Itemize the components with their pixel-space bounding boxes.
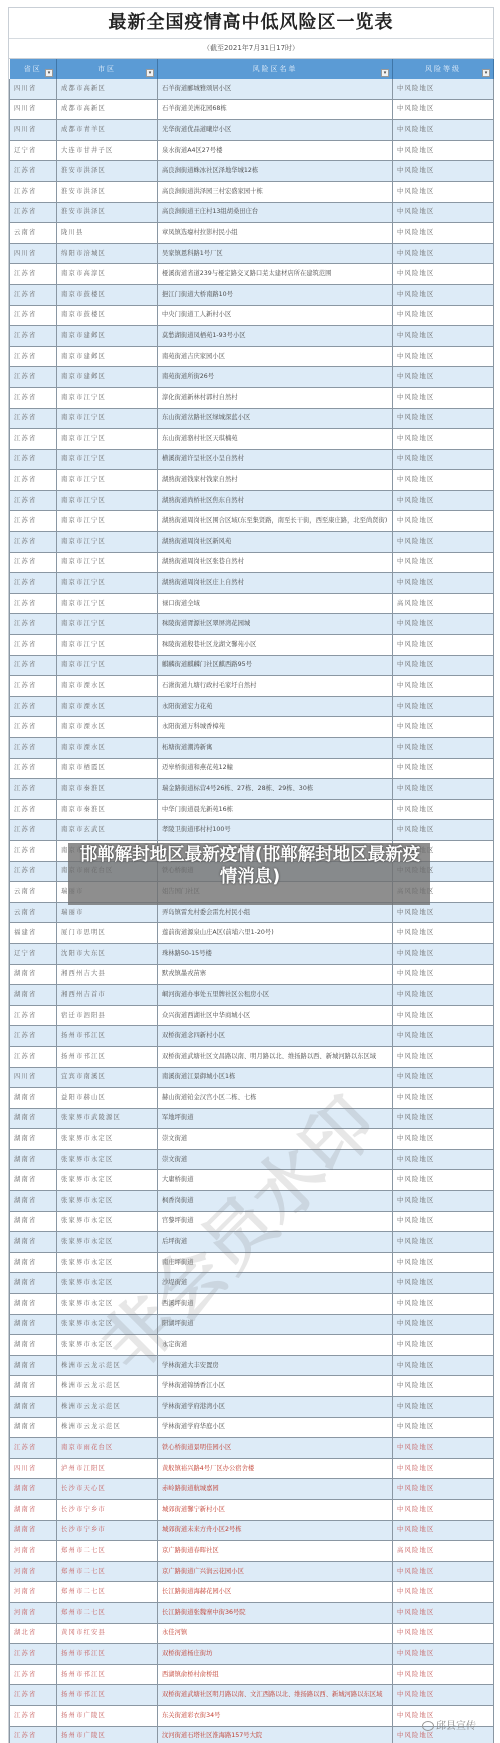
cell-province[interactable]: 江苏省 xyxy=(10,1644,57,1665)
cell-province[interactable]: 江苏省 xyxy=(10,696,57,717)
cell-province[interactable]: 江苏省 xyxy=(10,655,57,676)
cell-province[interactable]: 江苏省 xyxy=(10,429,57,450)
cell-city[interactable]: 成都市高新区 xyxy=(57,79,158,99)
cell-area[interactable]: 军地坪街道 xyxy=(158,1108,393,1129)
cell-area[interactable]: 南苑街道吉庆家园小区 xyxy=(158,346,393,367)
cell-city[interactable]: 南京市江宁区 xyxy=(57,470,158,491)
cell-area[interactable]: 崇文街道 xyxy=(158,1149,393,1170)
cell-area[interactable]: 泉水街道A4区27号楼 xyxy=(158,140,393,161)
filter-dropdown-icon[interactable]: ▾ xyxy=(146,69,154,77)
cell-province[interactable]: 湖南省 xyxy=(10,1211,57,1232)
cell-city[interactable]: 淮安市洪泽区 xyxy=(57,181,158,202)
cell-area[interactable]: 西溪坪街道 xyxy=(158,1294,393,1315)
cell-province[interactable]: 江苏省 xyxy=(10,676,57,697)
cell-area[interactable]: 东山街道岔路社区绿城深蓝小区 xyxy=(158,408,393,429)
cell-area[interactable]: 赫山街道铂金汉宫小区二栋、七栋 xyxy=(158,1088,393,1109)
cell-area[interactable]: 黄舣镇裕兴路4号厂区办公宿舍楼 xyxy=(158,1458,393,1479)
cell-level[interactable]: 中风险地区 xyxy=(393,1149,494,1170)
cell-city[interactable]: 扬州市广陵区 xyxy=(57,1705,158,1726)
cell-area[interactable]: 京广路街道广兴润云花园小区 xyxy=(158,1561,393,1582)
cell-area[interactable]: 城郊街道未来方舟小区2号栋 xyxy=(158,1520,393,1541)
cell-province[interactable]: 江苏省 xyxy=(10,511,57,532)
cell-level[interactable]: 中风险地区 xyxy=(393,1046,494,1067)
cell-area[interactable]: 淳化街道新林村郭村自然村 xyxy=(158,387,393,408)
cell-level[interactable]: 中风险地区 xyxy=(393,1232,494,1253)
cell-area[interactable]: 东关街道彩衣街34号 xyxy=(158,1705,393,1726)
cell-level[interactable]: 中风险地区 xyxy=(393,367,494,388)
cell-province[interactable]: 江苏省 xyxy=(10,779,57,800)
cell-area[interactable]: 秣陵街道殷巷社区龙湖文馨苑小区 xyxy=(158,635,393,656)
cell-province[interactable]: 湖南省 xyxy=(10,1520,57,1541)
cell-area[interactable]: 高良涧街道王庄村13组胡桑田庄台 xyxy=(158,202,393,223)
cell-province[interactable]: 江苏省 xyxy=(10,1705,57,1726)
cell-city[interactable]: 张家界市永定区 xyxy=(57,1191,158,1212)
cell-city[interactable]: 黄冈市红安县 xyxy=(57,1623,158,1644)
cell-level[interactable]: 中风险地区 xyxy=(393,1026,494,1047)
cell-province[interactable]: 湖南省 xyxy=(10,1149,57,1170)
cell-province[interactable]: 江苏省 xyxy=(10,408,57,429)
cell-level[interactable]: 中风险地区 xyxy=(393,1602,494,1623)
cell-city[interactable]: 南京市江宁区 xyxy=(57,532,158,553)
cell-city[interactable]: 厦门市思明区 xyxy=(57,923,158,944)
cell-area[interactable]: 学林街道大丰安置房 xyxy=(158,1355,393,1376)
cell-province[interactable]: 湖南省 xyxy=(10,1088,57,1109)
cell-province[interactable]: 湖南省 xyxy=(10,1232,57,1253)
cell-level[interactable]: 中风险地区 xyxy=(393,1479,494,1500)
cell-province[interactable]: 河南省 xyxy=(10,1561,57,1582)
cell-city[interactable]: 南京市溧水区 xyxy=(57,676,158,697)
cell-province[interactable]: 江苏省 xyxy=(10,284,57,305)
cell-province[interactable]: 四川省 xyxy=(10,99,57,120)
cell-city[interactable]: 南京市溧水区 xyxy=(57,738,158,759)
column-header-level[interactable]: 风险等级▾ xyxy=(393,59,494,79)
cell-province[interactable]: 湖南省 xyxy=(10,1252,57,1273)
cell-province[interactable]: 湖南省 xyxy=(10,1499,57,1520)
cell-level[interactable]: 高风险地区 xyxy=(393,1541,494,1562)
cell-area[interactable]: 京广路街道春晖社区 xyxy=(158,1541,393,1562)
cell-level[interactable]: 中风险地区 xyxy=(393,902,494,923)
cell-province[interactable]: 江苏省 xyxy=(10,1726,57,1743)
cell-level[interactable]: 中风险地区 xyxy=(393,1438,494,1459)
cell-area[interactable]: 南溪街道江景御城小区1栋 xyxy=(158,1067,393,1088)
cell-city[interactable]: 南京市江宁区 xyxy=(57,449,158,470)
cell-level[interactable]: 中风险地区 xyxy=(393,1252,494,1273)
cell-province[interactable]: 云南省 xyxy=(10,882,57,903)
cell-city[interactable]: 南京市建邺区 xyxy=(57,346,158,367)
cell-area[interactable]: 章凤镇选瘪村拉影村民小组 xyxy=(158,223,393,244)
cell-level[interactable]: 中风险地区 xyxy=(393,429,494,450)
cell-level[interactable]: 中风险地区 xyxy=(393,1376,494,1397)
cell-province[interactable]: 湖南省 xyxy=(10,1397,57,1418)
cell-city[interactable]: 南京市秦淮区 xyxy=(57,799,158,820)
cell-city[interactable]: 张家界市武陵源区 xyxy=(57,1108,158,1129)
cell-province[interactable]: 江苏省 xyxy=(10,1685,57,1706)
cell-area[interactable]: 永佳河镇 xyxy=(158,1623,393,1644)
cell-province[interactable]: 江苏省 xyxy=(10,1046,57,1067)
cell-area[interactable]: 西湖镇俞桥村俞桥组 xyxy=(158,1664,393,1685)
cell-province[interactable]: 江苏省 xyxy=(10,840,57,861)
cell-level[interactable]: 中风险地区 xyxy=(393,305,494,326)
cell-level[interactable]: 中风险地区 xyxy=(393,532,494,553)
cell-area[interactable]: 南苑街道所街26号 xyxy=(158,367,393,388)
cell-province[interactable]: 湖北省 xyxy=(10,1623,57,1644)
cell-level[interactable]: 中风险地区 xyxy=(393,1644,494,1665)
cell-province[interactable]: 河南省 xyxy=(10,1582,57,1603)
cell-level[interactable]: 中风险地区 xyxy=(393,1417,494,1438)
cell-city[interactable]: 南京市鼓楼区 xyxy=(57,305,158,326)
cell-city[interactable]: 南京市江宁区 xyxy=(57,429,158,450)
cell-area[interactable]: 大庸桥街道 xyxy=(158,1170,393,1191)
cell-level[interactable]: 中风险地区 xyxy=(393,717,494,738)
cell-city[interactable]: 湘西州吉首市 xyxy=(57,985,158,1006)
cell-city[interactable]: 宿迁市泗阳县 xyxy=(57,1005,158,1026)
cell-province[interactable]: 江苏省 xyxy=(10,738,57,759)
cell-city[interactable]: 南京市江宁区 xyxy=(57,511,158,532)
cell-city[interactable]: 瑞丽市 xyxy=(57,902,158,923)
cell-area[interactable]: 中华门街道晨光新苑16栋 xyxy=(158,799,393,820)
cell-province[interactable]: 江苏省 xyxy=(10,532,57,553)
cell-level[interactable]: 中风险地区 xyxy=(393,1108,494,1129)
cell-city[interactable]: 株洲市云龙示范区 xyxy=(57,1376,158,1397)
cell-level[interactable]: 中风险地区 xyxy=(393,243,494,264)
cell-city[interactable]: 南京市秦淮区 xyxy=(57,779,158,800)
cell-city[interactable]: 宜宾市南溪区 xyxy=(57,1067,158,1088)
cell-city[interactable]: 成都市青羊区 xyxy=(57,120,158,141)
cell-city[interactable]: 长沙市宁乡市 xyxy=(57,1499,158,1520)
cell-city[interactable]: 张家界市永定区 xyxy=(57,1211,158,1232)
cell-city[interactable]: 南京市高淳区 xyxy=(57,264,158,285)
cell-level[interactable]: 中风险地区 xyxy=(393,284,494,305)
column-header-area[interactable]: 风险区名单▾ xyxy=(158,59,393,79)
cell-city[interactable]: 长沙市宁乡市 xyxy=(57,1520,158,1541)
cell-province[interactable]: 河南省 xyxy=(10,1541,57,1562)
cell-level[interactable]: 中风险地区 xyxy=(393,1499,494,1520)
cell-province[interactable]: 江苏省 xyxy=(10,820,57,841)
cell-level[interactable]: 中风险地区 xyxy=(393,264,494,285)
cell-province[interactable]: 江苏省 xyxy=(10,202,57,223)
cell-area[interactable]: 官黎坪街道 xyxy=(158,1211,393,1232)
cell-city[interactable]: 郑州市二七区 xyxy=(57,1602,158,1623)
cell-province[interactable]: 江苏省 xyxy=(10,1664,57,1685)
cell-level[interactable]: 中风险地区 xyxy=(393,490,494,511)
cell-city[interactable]: 南京市江宁区 xyxy=(57,573,158,594)
cell-province[interactable]: 江苏省 xyxy=(10,1005,57,1026)
cell-area[interactable]: 中央门街道工人新村小区 xyxy=(158,305,393,326)
cell-province[interactable]: 四川省 xyxy=(10,1458,57,1479)
cell-area[interactable]: 麒麟街道麒麟门社区麒西路95号 xyxy=(158,655,393,676)
cell-province[interactable]: 江苏省 xyxy=(10,264,57,285)
cell-level[interactable]: 中风险地区 xyxy=(393,79,494,99)
cell-province[interactable]: 江苏省 xyxy=(10,470,57,491)
cell-province[interactable]: 江苏省 xyxy=(10,387,57,408)
cell-level[interactable]: 中风险地区 xyxy=(393,99,494,120)
cell-city[interactable]: 沈阳市大东区 xyxy=(57,943,158,964)
cell-province[interactable]: 河南省 xyxy=(10,1602,57,1623)
cell-province[interactable]: 湖南省 xyxy=(10,1479,57,1500)
cell-area[interactable]: 莲前街道源泉山庄A区(前埔六里1-20号) xyxy=(158,923,393,944)
cell-level[interactable]: 中风险地区 xyxy=(393,696,494,717)
cell-province[interactable]: 江苏省 xyxy=(10,161,57,182)
cell-city[interactable]: 益阳市赫山区 xyxy=(57,1088,158,1109)
cell-area[interactable]: 沙堤街道 xyxy=(158,1273,393,1294)
cell-area[interactable]: 永定街道 xyxy=(158,1335,393,1356)
cell-level[interactable]: 中风险地区 xyxy=(393,573,494,594)
cell-province[interactable]: 江苏省 xyxy=(10,799,57,820)
cell-level[interactable]: 中风险地区 xyxy=(393,655,494,676)
cell-city[interactable]: 南京市玄武区 xyxy=(57,820,158,841)
cell-level[interactable]: 中风险地区 xyxy=(393,1582,494,1603)
cell-province[interactable]: 湖南省 xyxy=(10,1376,57,1397)
cell-area[interactable]: 横溪街道许呈社区小呈自然村 xyxy=(158,449,393,470)
cell-city[interactable]: 张家界市永定区 xyxy=(57,1129,158,1150)
cell-area[interactable]: 柘塘街道潮涛新寓 xyxy=(158,738,393,759)
cell-level[interactable]: 中风险地区 xyxy=(393,1561,494,1582)
cell-province[interactable]: 湖南省 xyxy=(10,1335,57,1356)
cell-area[interactable]: 崇文街道 xyxy=(158,1129,393,1150)
cell-area[interactable]: 高良涧街道洪泽园三村宏盛家园十栋 xyxy=(158,181,393,202)
cell-area[interactable]: 光华街道优品道曦岸小区 xyxy=(158,120,393,141)
cell-area[interactable]: 石羊街道郦城雅颂居小区 xyxy=(158,79,393,99)
cell-province[interactable]: 江苏省 xyxy=(10,305,57,326)
cell-level[interactable]: 高风险地区 xyxy=(393,593,494,614)
filter-dropdown-icon[interactable]: ▾ xyxy=(482,69,490,77)
cell-area[interactable]: 永阳街道宏力花苑 xyxy=(158,696,393,717)
cell-province[interactable]: 江苏省 xyxy=(10,326,57,347)
cell-province[interactable]: 湖南省 xyxy=(10,1294,57,1315)
cell-area[interactable]: 弄岛镇雷允村委会雷允村民小组 xyxy=(158,902,393,923)
cell-level[interactable]: 中风险地区 xyxy=(393,387,494,408)
cell-city[interactable]: 郑州市二七区 xyxy=(57,1582,158,1603)
cell-city[interactable]: 张家界市永定区 xyxy=(57,1232,158,1253)
cell-level[interactable]: 中风险地区 xyxy=(393,161,494,182)
cell-area[interactable]: 城郊街道馨宁新村小区 xyxy=(158,1499,393,1520)
cell-city[interactable]: 湘西州吉大县 xyxy=(57,964,158,985)
cell-province[interactable]: 四川省 xyxy=(10,1067,57,1088)
cell-province[interactable]: 四川省 xyxy=(10,120,57,141)
cell-city[interactable]: 长沙市天心区 xyxy=(57,1479,158,1500)
cell-area[interactable]: 禄口街道全域 xyxy=(158,593,393,614)
cell-city[interactable]: 成都市高新区 xyxy=(57,99,158,120)
cell-province[interactable]: 江苏省 xyxy=(10,758,57,779)
cell-area[interactable]: 石羊街道美洲花园68栋 xyxy=(158,99,393,120)
cell-level[interactable]: 中风险地区 xyxy=(393,1191,494,1212)
cell-area[interactable]: 学林街道锦绣香江小区 xyxy=(158,1376,393,1397)
cell-level[interactable]: 中风险地区 xyxy=(393,346,494,367)
cell-city[interactable]: 淮安市洪泽区 xyxy=(57,202,158,223)
cell-level[interactable]: 中风险地区 xyxy=(393,1211,494,1232)
cell-level[interactable]: 中风险地区 xyxy=(393,943,494,964)
cell-level[interactable]: 中风险地区 xyxy=(393,1170,494,1191)
cell-area[interactable]: 桠溪街道省道239与桠定路交叉路口芜太建材店所在建筑范围 xyxy=(158,264,393,285)
cell-city[interactable]: 张家界市永定区 xyxy=(57,1170,158,1191)
cell-area[interactable]: 汶河街道石塔社区淮海路157号大院 xyxy=(158,1726,393,1743)
cell-area[interactable]: 高良涧街道蛛冰社区泽地华城12栋 xyxy=(158,161,393,182)
cell-city[interactable]: 张家界市永定区 xyxy=(57,1294,158,1315)
cell-area[interactable]: 吴家镇恩科路1号厂区 xyxy=(158,243,393,264)
cell-area[interactable]: 峒河街道办事处五里牌社区公租房小区 xyxy=(158,985,393,1006)
cell-area[interactable]: 莫愁湖街道凤栖苑1-93号小区 xyxy=(158,326,393,347)
cell-city[interactable]: 泸州市江阳区 xyxy=(57,1458,158,1479)
cell-area[interactable]: 秣陵街道胥源社区翠屏湾花园城 xyxy=(158,614,393,635)
cell-province[interactable]: 湖南省 xyxy=(10,985,57,1006)
cell-city[interactable]: 郑州市二七区 xyxy=(57,1561,158,1582)
cell-province[interactable]: 江苏省 xyxy=(10,346,57,367)
cell-province[interactable]: 江苏省 xyxy=(10,1438,57,1459)
cell-level[interactable]: 中风险地区 xyxy=(393,511,494,532)
cell-level[interactable]: 中风险地区 xyxy=(393,1088,494,1109)
cell-area[interactable]: 湖熟街道钱家村钱家自然村 xyxy=(158,470,393,491)
cell-province[interactable]: 江苏省 xyxy=(10,614,57,635)
cell-area[interactable]: 铁心桥街道景明佳园小区 xyxy=(158,1438,393,1459)
cell-level[interactable]: 中风险地区 xyxy=(393,1294,494,1315)
cell-city[interactable]: 南京市鼓楼区 xyxy=(57,284,158,305)
cell-level[interactable]: 中风险地区 xyxy=(393,552,494,573)
cell-province[interactable]: 湖南省 xyxy=(10,1129,57,1150)
cell-city[interactable]: 扬州市邗江区 xyxy=(57,1644,158,1665)
cell-area[interactable]: 南庄坪街道 xyxy=(158,1252,393,1273)
cell-level[interactable]: 中风险地区 xyxy=(393,614,494,635)
cell-level[interactable]: 中风险地区 xyxy=(393,140,494,161)
cell-area[interactable]: 双桥街道念四新村小区 xyxy=(158,1026,393,1047)
cell-province[interactable]: 四川省 xyxy=(10,243,57,264)
cell-area[interactable]: 孝陵卫街道邢村村100号 xyxy=(158,820,393,841)
cell-area[interactable]: 长江路街道张魏寨中街36号院 xyxy=(158,1602,393,1623)
cell-city[interactable]: 株洲市云龙示范区 xyxy=(57,1397,158,1418)
cell-province[interactable]: 江苏省 xyxy=(10,861,57,882)
cell-level[interactable]: 中风险地区 xyxy=(393,820,494,841)
cell-city[interactable]: 南京市江宁区 xyxy=(57,408,158,429)
column-header-city[interactable]: 市区▾ xyxy=(57,59,158,79)
cell-city[interactable]: 南京市江宁区 xyxy=(57,635,158,656)
cell-city[interactable]: 大连市甘井子区 xyxy=(57,140,158,161)
cell-area[interactable]: 迈皋桥街道和燕花苑12幢 xyxy=(158,758,393,779)
cell-province[interactable]: 福建省 xyxy=(10,923,57,944)
cell-city[interactable]: 陇川县 xyxy=(57,223,158,244)
cell-area[interactable]: 长江路街道海赫花园小区 xyxy=(158,1582,393,1603)
cell-level[interactable]: 中风险地区 xyxy=(393,449,494,470)
cell-province[interactable]: 湖南省 xyxy=(10,964,57,985)
cell-city[interactable]: 南京市建邺区 xyxy=(57,326,158,347)
cell-city[interactable]: 张家界市永定区 xyxy=(57,1335,158,1356)
cell-area[interactable]: 默戎镇墨戎苗寨 xyxy=(158,964,393,985)
cell-province[interactable]: 辽宁省 xyxy=(10,140,57,161)
cell-city[interactable]: 南京市江宁区 xyxy=(57,552,158,573)
cell-level[interactable]: 中风险地区 xyxy=(393,181,494,202)
cell-area[interactable]: 挹江门街道大桥南路10号 xyxy=(158,284,393,305)
cell-level[interactable]: 中风险地区 xyxy=(393,1005,494,1026)
cell-area[interactable]: 永阳街道万科城香樟苑 xyxy=(158,717,393,738)
cell-area[interactable]: 学林街道学府华庭小区 xyxy=(158,1417,393,1438)
cell-province[interactable]: 江苏省 xyxy=(10,573,57,594)
cell-city[interactable]: 南京市建邺区 xyxy=(57,367,158,388)
cell-province[interactable]: 江苏省 xyxy=(10,1026,57,1047)
cell-area[interactable]: 众兴街道西湖社区中华商城小区 xyxy=(158,1005,393,1026)
cell-level[interactable]: 中风险地区 xyxy=(393,1129,494,1150)
cell-province[interactable]: 云南省 xyxy=(10,902,57,923)
cell-area[interactable]: 珠林路50-15号楼 xyxy=(158,943,393,964)
cell-city[interactable]: 南京市江宁区 xyxy=(57,593,158,614)
cell-city[interactable]: 张家界市永定区 xyxy=(57,1314,158,1335)
cell-province[interactable]: 江苏省 xyxy=(10,449,57,470)
cell-level[interactable]: 中风险地区 xyxy=(393,779,494,800)
cell-province[interactable]: 湖南省 xyxy=(10,1355,57,1376)
cell-area[interactable]: 赤岭路街道航城嘉园 xyxy=(158,1479,393,1500)
cell-province[interactable]: 湖南省 xyxy=(10,1191,57,1212)
cell-level[interactable]: 中风险地区 xyxy=(393,223,494,244)
cell-city[interactable]: 扬州市邗江区 xyxy=(57,1046,158,1067)
cell-level[interactable]: 中风险地区 xyxy=(393,408,494,429)
cell-area[interactable]: 枫香岗街道 xyxy=(158,1191,393,1212)
cell-area[interactable]: 阳湖坪街道 xyxy=(158,1314,393,1335)
cell-level[interactable]: 中风险地区 xyxy=(393,1355,494,1376)
cell-city[interactable]: 张家界市永定区 xyxy=(57,1252,158,1273)
cell-area[interactable]: 双桥街道武塘社区明月路以南、文汇西路以北、维扬路以西、新城河路以东区域 xyxy=(158,1685,393,1706)
cell-level[interactable]: 中风险地区 xyxy=(393,1664,494,1685)
cell-area[interactable]: 湖熟街道周岗社区庄上自然村 xyxy=(158,573,393,594)
cell-province[interactable]: 江苏省 xyxy=(10,181,57,202)
cell-city[interactable]: 南京市溧水区 xyxy=(57,717,158,738)
cell-city[interactable]: 南京市江宁区 xyxy=(57,387,158,408)
cell-level[interactable]: 中风险地区 xyxy=(393,470,494,491)
cell-province[interactable]: 江苏省 xyxy=(10,717,57,738)
cell-province[interactable]: 湖南省 xyxy=(10,1417,57,1438)
cell-province[interactable]: 湖南省 xyxy=(10,1314,57,1335)
cell-province[interactable]: 湖南省 xyxy=(10,1273,57,1294)
cell-level[interactable]: 中风险地区 xyxy=(393,1685,494,1706)
cell-area[interactable]: 湖熟街道周岗社区围合区域(东至集贤路，南至长干街，西至康庄路，北至尚贤街) xyxy=(158,511,393,532)
cell-province[interactable]: 江苏省 xyxy=(10,635,57,656)
cell-area[interactable]: 湖熟街道周岗社区张巷自然村 xyxy=(158,552,393,573)
cell-area[interactable]: 学林街道学府港湾小区 xyxy=(158,1397,393,1418)
column-header-province[interactable]: 省区▾ xyxy=(10,59,57,79)
cell-city[interactable]: 绵阳市涪城区 xyxy=(57,243,158,264)
cell-province[interactable]: 辽宁省 xyxy=(10,943,57,964)
cell-province[interactable]: 江苏省 xyxy=(10,593,57,614)
cell-province[interactable]: 江苏省 xyxy=(10,367,57,388)
cell-level[interactable]: 中风险地区 xyxy=(393,758,494,779)
cell-area[interactable]: 石湫街道九塘行政村毛家圩自然村 xyxy=(158,676,393,697)
cell-area[interactable]: 后坪街道 xyxy=(158,1232,393,1253)
cell-city[interactable]: 株洲市云龙示范区 xyxy=(57,1355,158,1376)
cell-city[interactable]: 南京市溧水区 xyxy=(57,696,158,717)
cell-city[interactable]: 扬州市广陵区 xyxy=(57,1726,158,1743)
cell-level[interactable]: 中风险地区 xyxy=(393,1067,494,1088)
cell-area[interactable]: 湖熟街道尚桥社区焦东自然村 xyxy=(158,490,393,511)
cell-area[interactable]: 瑞金路街道标营4号26栋、27栋、28栋、29栋、30栋 xyxy=(158,779,393,800)
cell-level[interactable]: 中风险地区 xyxy=(393,676,494,697)
cell-area[interactable]: 双桥街道武塘社区文昌路以南、明月路以北、维扬路以西、新城河路以东区域 xyxy=(158,1046,393,1067)
cell-level[interactable]: 中风险地区 xyxy=(393,923,494,944)
cell-province[interactable]: 江苏省 xyxy=(10,490,57,511)
cell-level[interactable]: 中风险地区 xyxy=(393,799,494,820)
cell-level[interactable]: 中风险地区 xyxy=(393,1397,494,1418)
cell-level[interactable]: 中风险地区 xyxy=(393,738,494,759)
filter-dropdown-icon[interactable]: ▾ xyxy=(381,69,389,77)
cell-level[interactable]: 中风险地区 xyxy=(393,985,494,1006)
cell-city[interactable]: 扬州市邗江区 xyxy=(57,1685,158,1706)
cell-city[interactable]: 郑州市二七区 xyxy=(57,1541,158,1562)
cell-level[interactable]: 中风险地区 xyxy=(393,1273,494,1294)
cell-city[interactable]: 扬州市邗江区 xyxy=(57,1026,158,1047)
cell-city[interactable]: 南京市雨花台区 xyxy=(57,1438,158,1459)
cell-province[interactable]: 云南省 xyxy=(10,223,57,244)
filter-dropdown-icon[interactable]: ▾ xyxy=(45,69,53,77)
cell-area[interactable]: 东山街道骆村社区天琪楠苑 xyxy=(158,429,393,450)
cell-level[interactable]: 中风险地区 xyxy=(393,1623,494,1644)
cell-province[interactable]: 江苏省 xyxy=(10,552,57,573)
cell-city[interactable]: 淮安市洪泽区 xyxy=(57,161,158,182)
cell-city[interactable]: 南京市江宁区 xyxy=(57,490,158,511)
